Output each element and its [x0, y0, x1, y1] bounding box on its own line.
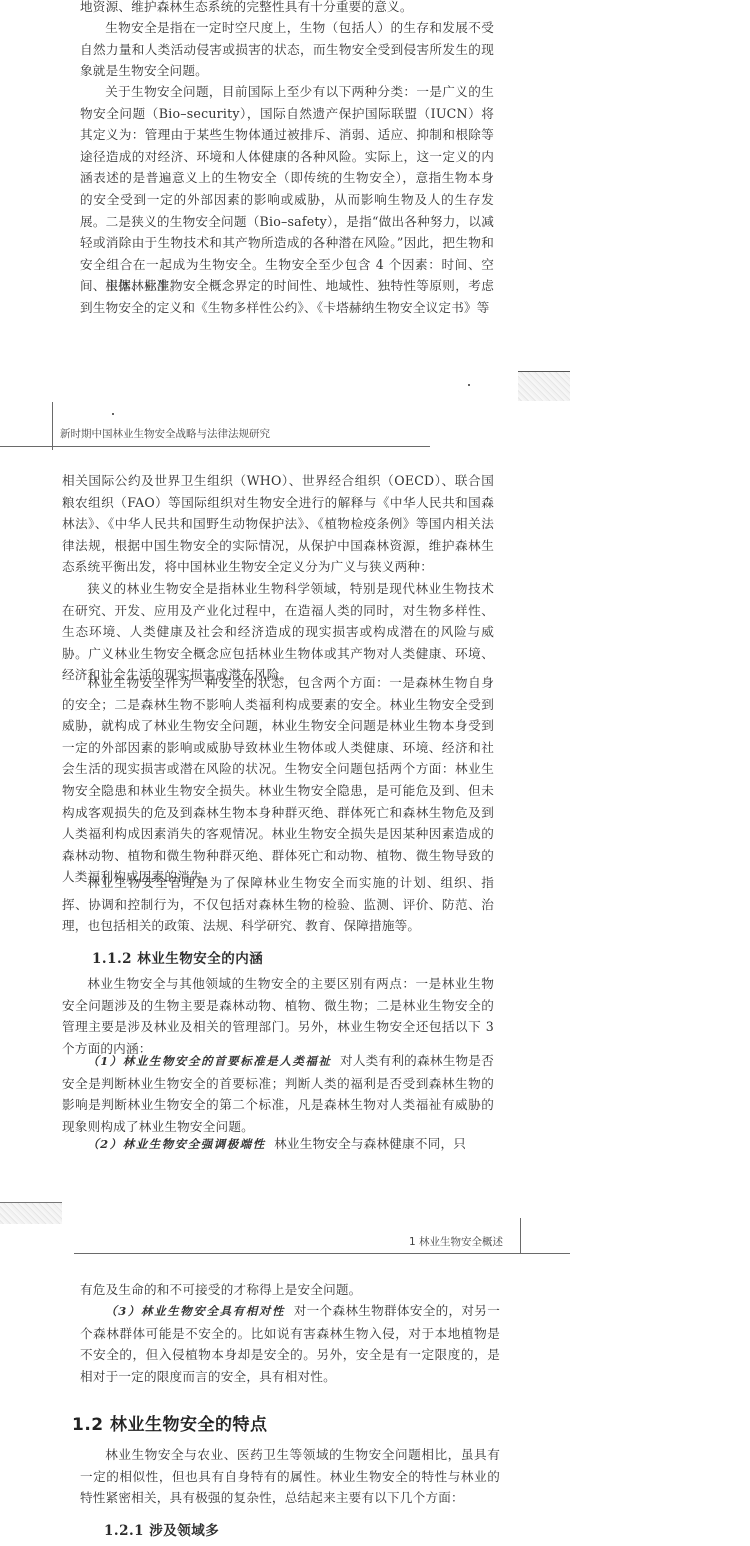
header-vertical-rule: [520, 1218, 521, 1254]
running-header-book-title: 新时期中国林业生物安全战略与法律法规研究: [60, 426, 270, 441]
scan-texture-patch: [0, 1202, 62, 1224]
paragraph-forestry-definition-start: 根据林业生物安全概念界定的时间性、地域性、独特性等原则，考虑到生物安全的定义和《…: [80, 275, 494, 318]
section-heading-1-1-2: 1.1.2 林业生物安全的内涵: [92, 947, 263, 967]
item-2-text: 林业生物安全与森林健康不同，只: [274, 1136, 466, 1151]
paragraph-biosafety-classification: 关于生物安全问题，目前国际上至少有以下两种分类：一是广义的生物安全问题（Bio–…: [80, 81, 494, 297]
paragraph-characteristics: 林业生物安全与农业、医药卫生等领域的生物安全问题相比，虽具有一定的相似性，但也具…: [80, 1444, 500, 1509]
scan-texture-patch: [518, 371, 570, 401]
texture-top-rule: [518, 371, 570, 372]
paragraph-item-2: （2）林业生物安全强调极端性 林业生物安全与森林健康不同，只: [62, 1133, 494, 1156]
continued-line: 有危及生命的和不可接受的才称得上是安全问题。: [80, 1279, 500, 1301]
header-vertical-rule: [52, 402, 53, 450]
paragraph-safety-management: 林业生物安全管理是为了保障林业生物安全而实施的计划、组织、指挥、协调和控制行为，…: [62, 872, 494, 937]
item-1-label: （1）林业生物安全的首要标准是人类福祉: [87, 1054, 331, 1068]
paragraph-item-1: （1）林业生物安全的首要标准是人类福祉 对人类有利的森林生物是否安全是判断林业生…: [62, 1050, 494, 1137]
item-3-label: （3）林业生物安全具有相对性: [105, 1304, 285, 1318]
paragraph-biosafety-definition: 生物安全是指在一定时空尺度上，生物（包括人）的生存和发展不受自然力量和人类活动侵…: [80, 17, 494, 82]
scan-speck: [468, 384, 470, 386]
texture-top-rule: [0, 1202, 62, 1203]
paragraph-international-context: 相关国际公约及世界卫生组织（WHO）、世界经合组织（OECD）、联合国粮农组织（…: [62, 470, 494, 578]
running-header-chapter: 1 林业生物安全概述: [409, 1234, 503, 1249]
header-rule: [74, 1253, 570, 1254]
continued-line: 地资源、维护森林生态系统的完整性具有十分重要的意义。: [80, 0, 494, 18]
item-2-label: （2）林业生物安全强调极端性: [87, 1137, 266, 1151]
section-heading-1-2-1: 1.2.1 涉及领域多: [104, 1519, 219, 1539]
paragraph-safety-state: 林业生物安全作为一种安全的状态，包含两个方面：一是森林生物自身的安全；二是森林生…: [62, 672, 494, 888]
paragraph-item-3: （3）林业生物安全具有相对性 对一个森林生物群体安全的，对另一个森林群体可能是不…: [80, 1300, 500, 1387]
scan-speck: [112, 413, 114, 415]
section-heading-1-2: 1.2 林业生物安全的特点: [72, 1410, 268, 1435]
paragraph-narrow-definition: 狭义的林业生物安全是指林业生物科学领域，特别是现代林业生物技术在研究、开发、应用…: [62, 578, 494, 686]
header-rule: [0, 446, 430, 447]
paragraph-connotation-intro: 林业生物安全与其他领域的生物安全的主要区别有两点：一是林业生物安全问题涉及的生物…: [62, 973, 494, 1059]
